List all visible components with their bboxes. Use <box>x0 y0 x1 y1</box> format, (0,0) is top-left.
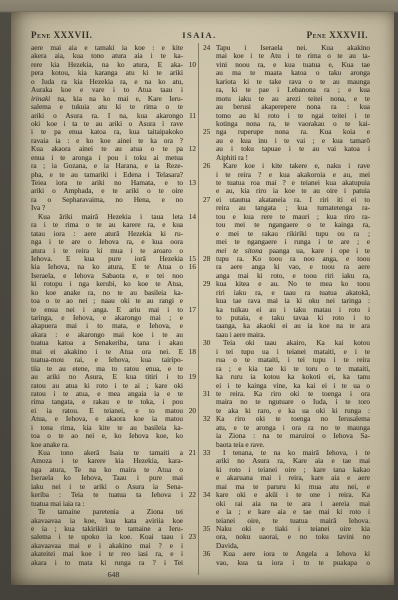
text-line: ariki no Asura ra, Kare aia e tae mai <box>203 457 370 465</box>
text-line: ka ruru ia kotou ka kokoti ei, ka tanu <box>203 373 370 381</box>
text-line: akapuera mai i to mata, e Iehova, e <box>31 322 196 330</box>
text-line: tou mei te ngangaere o te kainga ra, <box>203 221 370 229</box>
verse-number-gutter <box>203 559 216 567</box>
verse-text: te aka ki raro, e ka ua oki ki runga : <box>216 407 370 415</box>
verse-number-gutter <box>183 128 196 136</box>
text-line: ra aere anga ki vao, e toou ra aere <box>203 263 370 271</box>
verse-number-gutter <box>203 112 216 120</box>
text-line: tuatua-mou rai, e Iehova, kua tairipo- <box>31 356 196 364</box>
text-line: te aka ki raro, e ka ua oki ki runga : <box>203 407 370 415</box>
text-line: au i toku tapuae i te au vai katoa i <box>203 145 370 153</box>
text-line: ra ; ia Gozana, e ia Harana, e ia Reze- <box>31 162 196 170</box>
verse-number: 28 <box>203 255 216 263</box>
text-line: taringa, e Iehova, e akarongo mai ; e <box>31 314 196 322</box>
verse-text: Kua akaora ainei te au atua o te pa <box>31 145 183 153</box>
verse-text: motu iaku te au arezi teitei nona, e te <box>216 95 370 103</box>
verse-number-gutter <box>183 415 196 423</box>
text-line: 31te reira. Ka riro oki te toenga i ora <box>203 390 370 398</box>
verse-number-gutter <box>183 314 196 322</box>
verse-number-gutter <box>183 390 196 398</box>
verse-text: Naku oki e tiaki i teianei oire kia <box>216 525 370 533</box>
verse-text: kotinga nona ra, te vaorakau o te kai- <box>216 120 370 128</box>
text-line: 36Kua aere iora te Angela a Iehova ki <box>203 550 370 558</box>
verse-number-gutter <box>203 86 216 94</box>
verse-number: 17 <box>183 306 196 314</box>
verse-number-gutter <box>183 280 196 288</box>
verse-text: ariki no Asura ra, Kare aia e tae mai <box>216 457 370 465</box>
verse-text: mai ei akakino i te Atua ora nei. E <box>31 348 183 356</box>
verse-number: 26 <box>203 162 216 170</box>
verse-number: 13 <box>183 179 196 187</box>
verse-number-gutter <box>203 398 216 406</box>
verse-text: e akaruana mai i reira, kare aia e aere <box>216 474 370 482</box>
verse-text: rua o te mataiti, i tei tupu i te reira <box>216 356 370 364</box>
text-line: vini noou ra, e kua tuatua e, Kua tae <box>203 61 370 69</box>
verse-text: nga ruperupe nona ra. Kua koia e <box>216 128 370 136</box>
verse-text: ra o Sepharavaima, no Hena, e no <box>31 196 183 204</box>
verse-number-gutter <box>183 272 196 280</box>
text-line: keriba : Teia te tuatua ta Iehova i22 <box>31 491 196 499</box>
verse-number-gutter <box>203 314 216 322</box>
verse-number-gutter <box>183 52 196 60</box>
verse-number: 27 <box>203 196 216 204</box>
verse-number-gutter <box>203 272 216 280</box>
verse-text: Kua aere iora te Angela a Iehova ki <box>216 550 370 558</box>
verse-number-gutter <box>203 78 216 86</box>
verse-number-gutter <box>183 322 196 330</box>
verse-number: 36 <box>203 550 216 558</box>
verse-number: 22 <box>183 491 196 499</box>
verse-number-gutter <box>183 508 196 516</box>
verse-text: ora, noku uaorai, e no toku tavini no <box>216 533 370 541</box>
verse-text: tou e kua rere te mauri ; kua riro ra- <box>216 213 370 221</box>
text-line: 34kare oki e akūi i te one i reira. Ka <box>203 491 370 499</box>
text-line: irinaki na, kia na ko mai e, Kare Ieru- <box>31 95 196 103</box>
verse-text: ki rotopu i nga kerubi, ko koe te Atua, <box>31 280 183 288</box>
verse-number-gutter <box>203 483 216 491</box>
text-line: ka tuikau ei au i taku matau i roto i <box>203 306 370 314</box>
verse-number-gutter <box>183 78 196 86</box>
verse-text: pera kotou, kia karanga atu ki te ariki <box>31 69 183 77</box>
running-head: Pene XXXVII. ISAIA. Pene XXXVII. <box>31 30 368 40</box>
text-line: i te pa enua katoa ra, kua taitaipakoko <box>31 128 196 136</box>
verse-text: I tenana, te na ko mairā Iehova, i te <box>216 449 370 457</box>
verse-number-gutter <box>183 221 196 229</box>
text-line: akara : e akarongo mai koe i te au <box>31 331 196 339</box>
verse-number-gutter <box>203 69 216 77</box>
verse-text: ra i te rima o te au karere ra, e kua <box>31 221 183 229</box>
verse-text: au ma te maata katoa o taku aronga <box>216 69 370 77</box>
verse-number: 10 <box>183 61 196 69</box>
text-line: 28tupu ra. Ko toou ra noo anga, e toou <box>203 255 370 263</box>
verse-text: i te reira ? e kua akakoroia e au, mei <box>216 171 370 179</box>
text-line: koe anake ra. <box>31 441 196 449</box>
text-line: Iseraela, e Iehova Sabaota e, e tei noo <box>31 272 196 280</box>
verse-text: te tuatua roa mai ? e teianei kua akatup… <box>216 179 370 187</box>
verse-text: ki roto i teianei oire ; kare tana kakao <box>216 466 370 474</box>
text-line: Amoza i te karere kia Hezekia, kara- <box>31 457 196 465</box>
text-line: Teiea iora te ariki no Hamata, e to13 <box>31 179 196 187</box>
verse-text: kariota ki te take rava o te au maunga <box>216 78 370 86</box>
verse-text: ra, ki te pae i Lebanona ra ; e kua <box>216 86 370 94</box>
text-line: 32Ka riro oki te toenga no Ierusalema <box>203 415 370 423</box>
verse-number-gutter <box>183 137 196 145</box>
verse-text: Iseraela, e Iehova Sabaota e, e tei noo <box>31 272 183 280</box>
text-line: rere kia Hezekia, na ko atura, E aka-10 <box>31 61 196 69</box>
verse-number: 14 <box>183 213 196 221</box>
text-line: ariki o Asura ra. I na, kua akarongo11 <box>31 112 196 120</box>
verse-text: Iva ? <box>31 204 183 212</box>
verse-number-gutter <box>203 306 216 314</box>
verse-number-gutter <box>203 424 216 432</box>
text-line: riri iaku ra, e taau ra tuatua akatokā, <box>203 289 370 297</box>
verse-text: Kua āriki mairā Hezekia i taua leta <box>31 213 183 221</box>
text-line: au ma te maata katoa o taku aronga <box>203 69 370 77</box>
verse-number: 34 <box>203 491 216 499</box>
verse-text: Davida, <box>216 542 370 550</box>
text-line: aere mai aia e tamaki ia koe : e kite <box>31 44 196 52</box>
verse-number: 33 <box>203 449 216 457</box>
text-line: baota teia e rave. <box>203 441 370 449</box>
verse-text: kua kitea e au. No te mea ko toou <box>216 280 370 288</box>
verse-number: 32 <box>203 415 216 423</box>
verse-number-gutter <box>183 289 196 297</box>
verse-text: te reira. Ka riro oki te toenga i ora <box>216 390 370 398</box>
text-line: kia Iehova, na ko atura, E te Atua o16 <box>31 263 196 271</box>
verse-number-gutter <box>203 103 216 111</box>
verse-text: anga mai ki roto, e toou riri iaku ra, <box>216 272 370 280</box>
verse-text: kua tae rava mai ia ki oku nei taringa : <box>216 297 370 305</box>
verse-number-gutter <box>203 533 216 541</box>
verse-number-gutter <box>183 483 196 491</box>
text-line: oki rai aia na te ara i aereia mai <box>203 500 370 508</box>
text-line: enua i te aronga i pou i toku ai metua <box>31 154 196 162</box>
verse-text: tuatua mai iaia ra : <box>31 500 183 508</box>
verse-text: baota teia e rave. <box>216 441 370 449</box>
text-line: nga atura, Te na ko maira te Atua o <box>31 466 196 474</box>
verse-number-gutter <box>203 179 216 187</box>
verse-text: iaku nei i te ariki o Asura ia Sena- <box>31 483 183 491</box>
verse-text: vini noou ra, e kua tuatua e, Kua tae <box>216 61 370 69</box>
text-line: tuatua mai iaia ra : <box>31 500 196 508</box>
text-line: Auraka koe e vare i to Atua taau i <box>31 86 196 94</box>
text-line: ra, ki te pae i Lebanona ra ; e kua <box>203 86 370 94</box>
verse-number-gutter <box>203 441 216 449</box>
text-line: anga mai ki roto, e toou riri iaku ra, <box>203 272 370 280</box>
verse-text: akera aia, kua tono atura aia i te ka- <box>31 52 183 60</box>
verse-number-gutter <box>183 331 196 339</box>
verse-number-gutter <box>183 69 196 77</box>
verse-number: 23 <box>183 533 196 541</box>
verse-text: teianei oire, te tuatua mairā Iehova. <box>216 517 370 525</box>
text-line: 27ei utautua akataneia ra. I riri iti ei… <box>203 196 370 204</box>
text-line: akera aia, kua tono atura aia i te ka- <box>31 52 196 60</box>
verse-text: taringa, e Iehova, e akarongo mai ; e <box>31 314 183 322</box>
verse-text: akateitei mai koe i te reo iasi ra, e i <box>31 550 183 558</box>
text-line: i tei tupu ua i teianei mataiti, e i te <box>203 348 370 356</box>
text-line: ki rotopu i nga kerubi, ko koe te Atua, <box>31 280 196 288</box>
verse-text: enua i te aronga i pou i toku ai metua <box>31 154 183 162</box>
text-line: akara i to mata ki runga ra ? i Tei <box>31 559 196 567</box>
text-line: atura i te reira ki mua i te aroaro o <box>31 247 196 255</box>
verse-text: irinaki na, kia na ko mai e, Kare Ieru- <box>31 95 183 103</box>
text-line: 29kua kitea e au. No te mea ko toou <box>203 280 370 288</box>
verse-number: 11 <box>183 112 196 120</box>
running-head-left: Pene XXXVII. <box>31 30 92 40</box>
text-line: salema e tukuia atu ki te rima o te <box>31 103 196 111</box>
text-line: te tuatua roa mai ? e teianei kua akatup… <box>203 179 370 187</box>
text-line: 26Kare koe i kite takere e, naku i rave <box>203 162 370 170</box>
text-line: reira au tangata ; kua tumatetenga ra- <box>203 204 370 212</box>
verse-number-gutter <box>203 382 216 390</box>
text-line: ratou i te atua, e mea angaia ia e te <box>31 390 196 398</box>
verse-text: tomo au ki roto i te ngai teitei i te <box>216 112 370 120</box>
text-line: teianei oire, te tuatua mairā Iehova. <box>203 517 370 525</box>
text-line: maira no te ngutuare o Iuda, i te toro <box>203 398 370 406</box>
verse-number-gutter <box>183 382 196 390</box>
verse-number-gutter <box>183 44 196 52</box>
verse-text: Aiphiti ra ! <box>216 154 370 162</box>
verse-text: rere kia Hezekia, na ko atura, E aka- <box>31 61 183 69</box>
verse-text: ei i te kainga vine, ka kai ei i te ua o <box>216 382 370 390</box>
text-line: au e kua inu i te vai ; e kua tamarō <box>203 137 370 145</box>
verse-number: 18 <box>183 348 196 356</box>
verse-text: au e kua inu i te vai ; e kua tamarō <box>216 137 370 145</box>
verse-number-gutter <box>183 187 196 195</box>
verse-number-gutter <box>203 95 216 103</box>
text-line: kua tae rava mai ia ki oku nei taringa : <box>203 297 370 305</box>
verse-text: Ka riro oki te toenga no Ierusalema <box>216 415 370 423</box>
verse-text: Kua tono akerā Isaia te tamaiti a <box>31 449 183 457</box>
verse-text: koe anake ra. <box>31 441 183 449</box>
verse-number-gutter <box>203 542 216 550</box>
verse-text: tatau iora : aere aturā Hezekia ki ru- <box>31 230 183 238</box>
verse-text: keriba : Teia te tuatua ta Iehova i <box>31 491 183 499</box>
verse-text: Teiea iora te ariki no Hamata, e to <box>31 179 183 187</box>
text-line: motu iaku te au arezi teitei nona, e te <box>203 95 370 103</box>
verse-number-gutter <box>203 517 216 525</box>
verse-text: akara : e akarongo mai koe i te au <box>31 331 183 339</box>
verse-number: 15 <box>183 255 196 263</box>
verse-text: e mei te rakau rikiriki tupu ou ra ; <box>216 230 370 238</box>
verse-number: 31 <box>203 390 216 398</box>
text-line: Davida, <box>203 542 370 550</box>
verse-number-gutter <box>183 196 196 204</box>
verse-text: ravaia ia : e ko koe ainei te ka ora ? <box>31 137 183 145</box>
verse-number-gutter <box>183 474 196 482</box>
text-line: ratou au atua ki roto i te ai ; kare oki <box>31 382 196 390</box>
verse-number-gutter <box>203 61 216 69</box>
text-line: ravaia ia : e ko koe ainei te ka ora ? <box>31 137 196 145</box>
verse-number-gutter <box>183 339 196 347</box>
verse-text: kia Iehova, na ko atura, E te Atua o <box>31 263 183 271</box>
text-line: kotinga nona ra, te vaorakau o te kai- <box>203 120 370 128</box>
verse-text: ratou i te atua, e mea angaia ia e te <box>31 390 183 398</box>
verse-text: tou mei te ngangaere o te kainga ra, <box>216 221 370 229</box>
verse-text: mai ma te paruru ki mua atu nei, e <box>216 483 370 491</box>
text-line: toa o te ao nei e, ko Iehova koe, ko <box>31 432 196 440</box>
text-line: Kua āriki mairā Hezekia i taua leta14 <box>31 213 196 221</box>
verse-text: tiia te au etene, ma to ratou enua, e te <box>31 365 183 373</box>
verse-text: vao, kua ta iora i to te puakapa o <box>216 559 370 567</box>
verse-text: ariki o Asura ra. I na, kua akarongo <box>31 112 183 120</box>
verse-number-gutter <box>203 154 216 162</box>
verse-text: salema e tukuia atu ki te rima o te <box>31 103 183 111</box>
verse-number-gutter <box>203 145 216 153</box>
page-number: 648 <box>31 570 196 579</box>
verse-number-gutter <box>183 550 196 558</box>
verse-text: ei utautua akataneia ra. I riri iti ei t… <box>216 196 370 204</box>
verse-number-gutter <box>203 230 216 238</box>
text-line: tomo au ki roto i te ngai teitei i te <box>203 112 370 120</box>
verse-text: atu, e te aronga i ora ra no te maunga <box>216 424 370 432</box>
verse-text: tuatua katoa a Senakeriba, tana i akau <box>31 339 183 347</box>
text-line: 35Naku oki e tiaki i teianei oire kia <box>203 525 370 533</box>
verse-text: e ia ; kua takirikiri te tamaine a Ieru- <box>31 525 183 533</box>
verse-text: toa o te ao nei ; naau oki te au rangi e <box>31 297 183 305</box>
verse-text: au ariki no Asura, E kua titiri i to <box>31 373 183 381</box>
text-line: ariki o Amphada, e te ariki o te oire <box>31 187 196 195</box>
verse-number-gutter <box>203 171 216 179</box>
verse-text: akavaavaa ia koe, kua kata aviriia koe <box>31 517 183 525</box>
verse-text: mei te ngangaere i runga i te are ; e <box>216 238 370 246</box>
verse-number-gutter <box>203 407 216 415</box>
text-line: Iehova. E kua pure iorā Hezekia15 <box>31 255 196 263</box>
verse-number: 20 <box>183 407 196 415</box>
text-line: nga i te are o Iehova ra, e kua oora <box>31 238 196 246</box>
text-line: ra ; e kia tae ki te toru o te mataiti, <box>203 365 370 373</box>
verse-number-gutter <box>183 517 196 525</box>
verse-text: Kare koe i kite takere e, naku i rave <box>216 162 370 170</box>
verse-text: ka ruru ia kotou ka kokoti ei, ka tanu <box>216 373 370 381</box>
verse-number-gutter <box>203 474 216 482</box>
verse-text: au berusi akaperepere nona ra : kua <box>216 103 370 111</box>
verse-text: e au, kia riro ia koe te au oire i patui… <box>216 187 370 195</box>
text-line: 24Tapu i Iseraela nei. Kua akakino <box>203 44 370 52</box>
verse-number-gutter <box>203 373 216 381</box>
text-line: e akaruana mai i reira, kare aia e aere <box>203 474 370 482</box>
text-line: tiia te au etene, ma to ratou enua, e te <box>31 365 196 373</box>
text-line: ra i te rima o te au karere ra, e kua <box>31 221 196 229</box>
text-line: mei te ngangaere i runga i te are ; e <box>203 238 370 246</box>
verse-number-gutter <box>203 221 216 229</box>
verse-number: 30 <box>203 339 216 347</box>
text-line: akavaavaa ia koe, kua kata aviriia koe <box>31 517 196 525</box>
verse-number-gutter <box>203 238 216 246</box>
text-line: pera kotou, kia karanga atu ki te ariki <box>31 69 196 77</box>
verse-text: ra aere anga ki vao, e toou ra aere <box>216 263 370 271</box>
text-line: tatau iora : aere aturā Hezekia ki ru- <box>31 230 196 238</box>
text-line: Kua tono akerā Isaia te tamaiti a21 <box>31 449 196 457</box>
verse-number-gutter <box>203 466 216 474</box>
verse-text: Amoza i te karere kia Hezekia, kara- <box>31 457 183 465</box>
text-line: e au, kia riro ia koe te au oire i patui… <box>203 187 370 195</box>
verse-text: taanga, ka akaoki ei au ia koe na te ara <box>216 322 370 330</box>
verse-text: ariki o Amphada, e te ariki o te oire <box>31 187 183 195</box>
verse-number-gutter <box>203 365 216 373</box>
verse-number-gutter <box>203 356 216 364</box>
text-line: Iva ? <box>31 204 196 212</box>
verse-number: 16 <box>183 263 196 271</box>
verse-number: 21 <box>183 449 196 457</box>
text-line: oki koe i ta te au ariki o Asura i rave <box>31 120 196 128</box>
verse-number-gutter <box>183 162 196 170</box>
text-line: toa o te ao nei ; naau oki te au rangi e <box>31 297 196 305</box>
verse-text: aere mai aia e tamaki ia koe : e kite <box>31 44 183 52</box>
verse-text: salema i te upoko ia koe. Koai taau i <box>31 533 183 541</box>
verse-text: pha, e te au tamariki i Edena i Telasara… <box>31 171 183 179</box>
verse-number-gutter <box>183 297 196 305</box>
verse-number-gutter <box>203 52 216 60</box>
text-line: te enua nei i anga. E ariu mai i to17 <box>31 306 196 314</box>
verse-text: rima tangata, e rakau e te toka, i pou <box>31 398 183 406</box>
verse-text: oki koe i ta te au ariki o Asura i rave <box>31 120 183 128</box>
verse-text: to putaia, e taku tavaa ki roto i to <box>216 314 370 322</box>
verse-number-gutter <box>203 289 216 297</box>
verse-text: Iehova. E kua pure iorā Hezekia <box>31 255 183 263</box>
verse-number-gutter <box>203 247 216 255</box>
left-column: aere mai aia e tamaki ia koe : e kiteake… <box>31 44 196 567</box>
verse-text: ko koe anake ra, no te au basileia ka- <box>31 289 183 297</box>
verse-number-gutter <box>183 204 196 212</box>
text-line: ra o Sepharavaima, no Hena, e no <box>31 196 196 204</box>
verse-number-gutter <box>183 247 196 255</box>
verse-text: nga atura, Te na ko maira te Atua o <box>31 466 183 474</box>
verse-text: ei ia ratou. E teianei, e to matou <box>31 407 183 415</box>
text-line: ora, noku uaorai, e no toku tavini no <box>203 533 370 541</box>
verse-text: Tapu i Iseraela nei. Kua akakino <box>216 44 370 52</box>
text-line: mai ei akakino i te Atua ora nei. E18 <box>31 348 196 356</box>
text-line: Te tamaine paretenia a Ziona tei <box>31 508 196 516</box>
running-head-right: Pene XXXVII. <box>307 30 368 40</box>
verse-text: akavaavaa mai e i akakino mai ? e i <box>31 542 183 550</box>
verse-text: nga i te are o Iehova ra, e kua oora <box>31 238 183 246</box>
verse-number: 19 <box>183 373 196 381</box>
verse-text: oki rai aia na te ara i aereia mai <box>216 500 370 508</box>
text-line: akateitei mai koe i te reo iasi ra, e i <box>31 550 196 558</box>
text-line: rima tangata, e rakau e te toka, i pou <box>31 398 196 406</box>
verse-number-gutter <box>183 356 196 364</box>
text-line: o Iuda ra kia Hezekia ra, e na ko atu, <box>31 78 196 86</box>
text-line: Aiphiti ra ! <box>203 154 370 162</box>
verse-number-gutter <box>203 500 216 508</box>
text-line: 25nga ruperupe nona ra. Kua koia e <box>203 128 370 136</box>
verse-text: ra ; e kia tae ki te toru o te mataiti, <box>216 365 370 373</box>
scanned-bible-page: Pene XXXVII. ISAIA. Pene XXXVII. aere ma… <box>0 0 398 600</box>
verse-number-gutter <box>203 204 216 212</box>
verse-text: tuatua-mou rai, e Iehova, kua tairipo- <box>31 356 183 364</box>
verse-text: toa o te ao nei e, ko Iehova koe, ko <box>31 432 183 440</box>
verse-number: 35 <box>203 525 216 533</box>
verse-number-gutter <box>203 322 216 330</box>
text-line: au ariki no Asura, E kua titiri i to19 <box>31 373 196 381</box>
verse-number-gutter <box>183 542 196 550</box>
text-line: atu, e te aronga i ora ra no te maunga <box>203 424 370 432</box>
text-line: taanga, ka akaoki ei au ia koe na te ara <box>203 322 370 330</box>
verse-text: e ia ; e kare aia e tae mai ki roto i <box>216 508 370 516</box>
text-line: mai koe i te Atu i te rima o te au ta- <box>203 52 370 60</box>
text-line: ei ia ratou. E teianei, e to matou20 <box>31 407 196 415</box>
text-line: 33I tenana, te na ko mairā Iehova, i te <box>203 449 370 457</box>
verse-number-gutter <box>183 120 196 128</box>
verse-number: 29 <box>203 280 216 288</box>
verse-number-gutter <box>203 137 216 145</box>
text-line: e mei te rakau rikiriki tupu ou ra ; <box>203 230 370 238</box>
text-line: e ia ; kua takirikiri te tamaine a Ieru- <box>31 525 196 533</box>
verse-text: Atua, e Iehova, e akaora koe ia matou <box>31 415 183 423</box>
verse-text: maira no te ngutuare o Iuda, i te toro <box>216 398 370 406</box>
right-column: 24Tapu i Iseraela nei. Kua akakinomai ko… <box>203 44 370 567</box>
